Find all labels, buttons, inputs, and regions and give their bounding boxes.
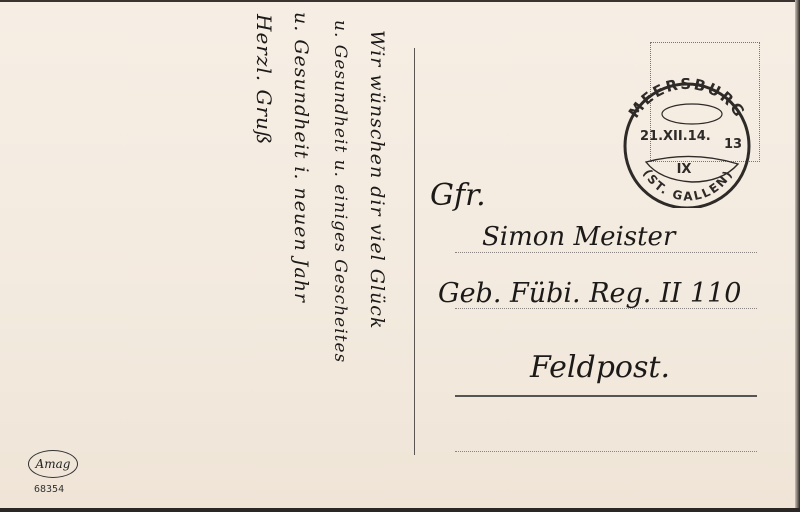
address-line [455, 252, 757, 253]
address-unit: Geb. Fübi. Reg. II 110 [438, 278, 741, 309]
address-destination: Feldpost. [530, 350, 670, 385]
card-edge-top [0, 0, 800, 2]
address-line [455, 308, 757, 309]
message-line: Herzl. Gruß [252, 14, 276, 145]
svg-text:IX: IX [677, 162, 692, 177]
svg-text:13: 13 [724, 137, 742, 152]
card-edge-bottom [0, 508, 800, 512]
publisher-number: 68354 [34, 484, 64, 495]
message-line: Wir wünschen dir viel Glück [366, 30, 388, 329]
center-divider [414, 48, 415, 455]
svg-text:MEERSBURG: MEERSBURG [625, 78, 749, 121]
postmark: MEERSBURG (ST. GALLEN) 21.XII.14. 13 IX [612, 78, 762, 208]
address-rank: Gfr. [430, 178, 486, 213]
address-line [455, 395, 757, 397]
card-edge-right [795, 0, 800, 512]
svg-text:21.XII.14.: 21.XII.14. [640, 129, 711, 144]
message-line: u. Gesundheit u. einiges Gescheites [330, 20, 350, 363]
address-line [455, 451, 757, 452]
address-name: Simon Meister [482, 222, 675, 252]
publisher-logo: Amag [28, 450, 78, 478]
message-line: u. Gesundheit i. neuen Jahr [290, 12, 312, 303]
postcard: Wir wünschen dir viel Glück u. Gesundhei… [0, 0, 800, 512]
